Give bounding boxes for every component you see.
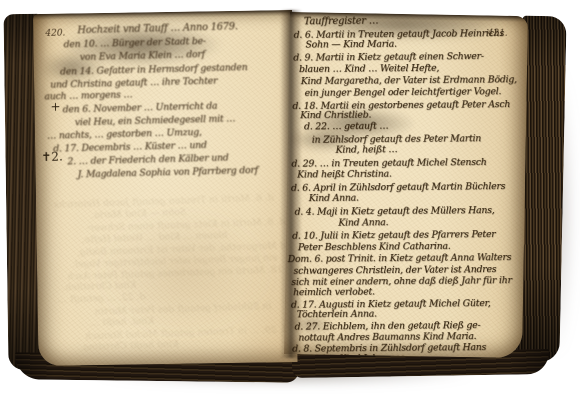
- margin-cross-mark: ✝2.: [41, 150, 63, 164]
- handwriting-line: Kind Anna.: [309, 194, 359, 204]
- page-top-edge: [33, 10, 292, 20]
- handwriting-line: viel Heu, ein Schmiedegesell mit …: [75, 114, 236, 128]
- handwriting-line: den 14. Gefatter in Hermsdorf gestanden: [60, 63, 248, 78]
- page-number-left: 420.: [45, 29, 65, 39]
- photo-of-open-register-book: 420. Hochzeit vnd Tauff … Anno 1679.den …: [0, 0, 580, 397]
- handwriting-line: Tauffregister …: [304, 17, 379, 28]
- handwriting-line: ein junger Bengel oder leichtfertiger Vo…: [305, 87, 502, 99]
- handwriting-line: blauen … Kind … Weitel Hefte,: [299, 64, 439, 75]
- handwriting-line: d. 4. Maji in Kietz getauft des Müllers …: [294, 206, 494, 218]
- handwriting-line: d. 9. Martii in Kietz getauft einen Schw…: [293, 52, 484, 64]
- handwriting-line: Sohn — Kind Maria.: [305, 40, 396, 51]
- handwriting-line: d. 22. … getauft …: [304, 122, 388, 133]
- handwriting-line: Hochzeit vnd Tauff … Anno 1679.: [77, 22, 238, 36]
- handwriting-line: d. 10. Julii in Kietz getauft des Pfarre…: [292, 230, 495, 242]
- bleedthrough-line: Kind, heißt …: [90, 316, 155, 329]
- handwriting-line: J. Magdalena Sophia von Pfarrberg dorf: [77, 166, 258, 180]
- margin-cross-mark: +: [50, 100, 60, 114]
- page-left: 420. Hochzeit vnd Tauff … Anno 1679.den …: [33, 10, 297, 366]
- handwriting-line: Kind Christlieb.: [300, 111, 371, 122]
- handwriting-line: Peter Beschblens Kind Catharina.: [298, 242, 451, 253]
- handwriting-line: heimlich verlobet.: [293, 287, 375, 298]
- handwriting-line: und Christina getauft … ihre Tochter: [50, 76, 217, 90]
- handwriting-line: d. 17. Decembris … Küster … und: [53, 141, 207, 155]
- handwriting-line: Kind, heißt …: [336, 145, 398, 156]
- page-right: 421. Tauffregister …d. 6. Martii in Treu…: [284, 12, 528, 358]
- handwriting-line: Kind Margaretha, der Vater ist Erdmann B…: [301, 75, 517, 87]
- book-gutter-shadow: [280, 10, 302, 358]
- handwriting-line: Kind Anna.: [338, 218, 388, 228]
- handwriting-line: Dom. 6. post Trinit. in Kietz getauft An…: [288, 253, 512, 265]
- bleedthrough-line: Kind heißt Christina.: [80, 339, 179, 353]
- handwriting-line: Kind heißt Christina.: [297, 170, 392, 181]
- handwriting-line: Töchterlein Anna.: [297, 310, 377, 321]
